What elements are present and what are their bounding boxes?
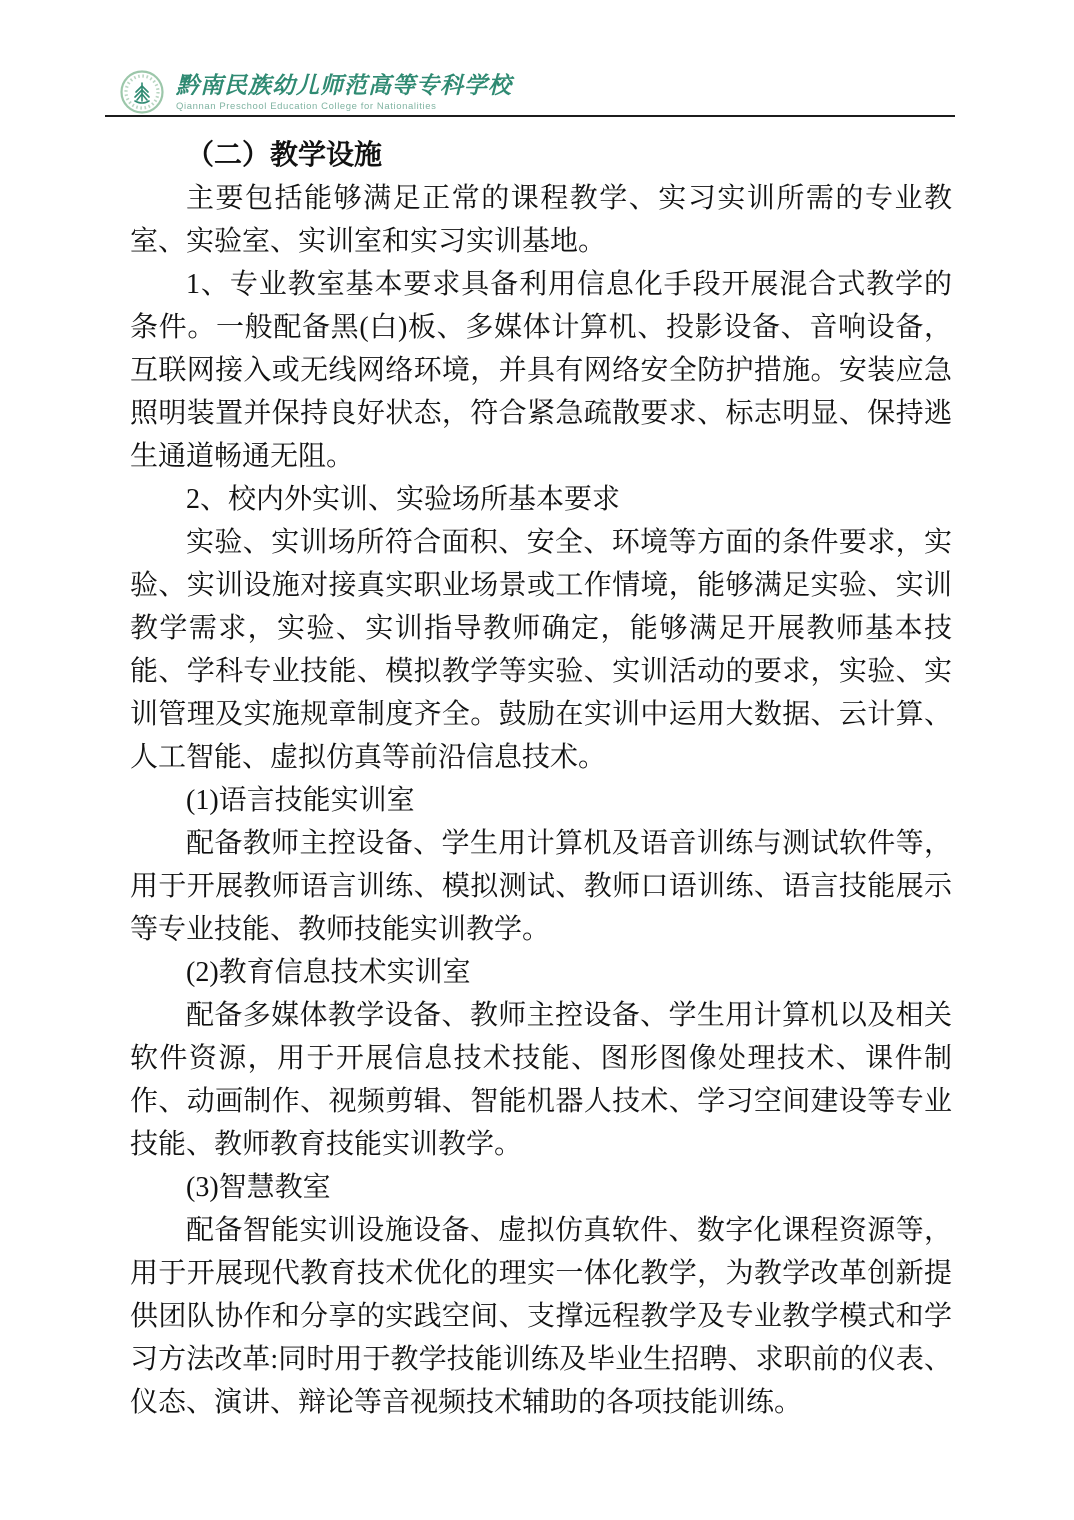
document-content: （二）教学设施 主要包括能够满足正常的课程教学、实习实训所需的专业教室、实验室、… xyxy=(130,134,952,1424)
paragraph-it-lab-heading: (2)教育信息技术实训室 xyxy=(130,951,952,994)
paragraph-training-site-requirements: 实验、实训场所符合面积、安全、环境等方面的条件要求，实验、实训设施对接真实职业场… xyxy=(130,521,952,779)
document-page: 黔南民族幼儿师范高等专科学校 Qiannan Preschool Educati… xyxy=(0,0,1074,1520)
section-heading: （二）教学设施 xyxy=(130,134,952,177)
paragraph-smart-classroom-heading: (3)智慧教室 xyxy=(130,1166,952,1209)
school-brand: 黔南民族幼儿师范高等专科学校 Qiannan Preschool Educati… xyxy=(176,70,512,112)
header-divider xyxy=(105,115,955,117)
paragraph-training-site-heading: 2、校内外实训、实验场所基本要求 xyxy=(130,478,952,521)
school-logo-icon xyxy=(120,70,164,114)
school-name-chinese: 黔南民族幼儿师范高等专科学校 xyxy=(176,73,512,99)
paragraph-classroom-requirements: 1、专业教室基本要求具备利用信息化手段开展混合式教学的条件。一般配备黑(白)板、… xyxy=(130,263,952,478)
paragraph-intro: 主要包括能够满足正常的课程教学、实习实训所需的专业教室、实验室、实训室和实习实训… xyxy=(130,177,952,263)
paragraph-it-lab: 配备多媒体教学设备、教师主控设备、学生用计算机以及相关软件资源，用于开展信息技术… xyxy=(130,994,952,1166)
paragraph-language-lab-heading: (1)语言技能实训室 xyxy=(130,779,952,822)
paragraph-smart-classroom: 配备智能实训设施设备、虚拟仿真软件、数字化课程资源等，用于开展现代教育技术优化的… xyxy=(130,1209,952,1424)
document-header: 黔南民族幼儿师范高等专科学校 Qiannan Preschool Educati… xyxy=(120,70,512,114)
paragraph-language-lab: 配备教师主控设备、学生用计算机及语音训练与测试软件等，用于开展教师语言训练、模拟… xyxy=(130,822,952,951)
school-name-english: Qiannan Preschool Education College for … xyxy=(176,101,512,112)
